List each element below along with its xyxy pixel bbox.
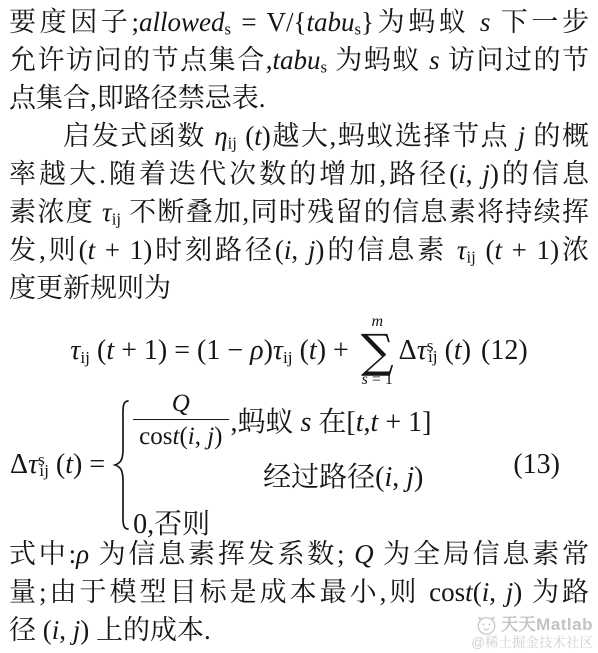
text-line: 启发式函数 ηij (t)越大,蚂蚁选择节点 j 的概: [9, 117, 589, 155]
eq13-case-1: Q cost(i, j) ,蚂蚁 s 在[t,t + 1]: [133, 389, 431, 452]
fraction-q-over-cost: Q cost(i, j): [133, 389, 228, 452]
watermark-subtitle: @稀土掘金技术社区: [471, 636, 593, 651]
equation-12: τij (t + 1) = (1 − ρ)τij (t) + m ∑ s = 1…: [0, 307, 598, 395]
text-line: 允许访问的节点集合,tabus 为蚂蚁 s 访问过的节: [9, 41, 589, 79]
fraction-denominator: cost(i, j): [133, 419, 228, 452]
eq12-left-side: τij (t + 1) = (1 − ρ)τij (t) +: [70, 335, 356, 368]
equation-number-12: (12): [481, 335, 528, 367]
left-brace-icon: [111, 399, 131, 531]
eq13-left-side: Δτsij (t) =: [10, 449, 105, 482]
text-line: 率越大.随着迭代次数的增加,路径(i, j)的信息: [9, 155, 589, 193]
text-line: 素浓度 τij 不断叠加,同时残留的信息素将持续挥: [9, 193, 589, 231]
equation-13: Δτsij (t) = Q cost(i, j) ,蚂蚁 s 在[t,t + 1…: [0, 395, 598, 535]
sigma-icon: ∑: [361, 330, 394, 372]
document-page: 要度因子;alloweds = V/{tabus}为蚂蚁 s 下一步 允许访问的…: [0, 0, 598, 653]
text-line: 点集合,即路径禁忌表.: [9, 79, 589, 117]
sum-lower-limit: s = 1: [362, 372, 393, 388]
paragraph-pheromone-update: 启发式函数 ηij (t)越大,蚂蚁选择节点 j 的概 率越大.随着迭代次数的增…: [0, 117, 598, 307]
watermark-logo-icon: [476, 615, 497, 636]
fraction-numerator: Q: [172, 389, 190, 419]
eq13-case-1-condition-cont: 经过路径(i, j): [263, 455, 431, 495]
eq12-right-side: Δτsij (t): [399, 335, 471, 368]
eq13-case-1-condition: ,蚂蚁 s 在[t,t + 1]: [231, 400, 432, 440]
text-line: 发,则(t + 1)时刻路径(i, j)的信息素 τij (t + 1)浓: [9, 231, 589, 269]
watermark: 天天Matlab @稀土掘金技术社区: [471, 615, 593, 651]
text-line: 量;由于模型目标是成本最小,则 cost(i, j) 为路: [9, 573, 589, 611]
paragraph-tabu-definition: 要度因子;alloweds = V/{tabus}为蚂蚁 s 下一步 允许访问的…: [0, 0, 598, 117]
watermark-title: 天天Matlab: [501, 616, 593, 635]
eq13-case-2: 0,否则: [133, 502, 431, 542]
eq13-cases: Q cost(i, j) ,蚂蚁 s 在[t,t + 1] 经过路径(i, j)…: [133, 389, 431, 542]
summation-symbol: m ∑ s = 1: [361, 314, 394, 388]
text-line: 度更新规则为: [9, 269, 589, 307]
text-line: 要度因子;alloweds = V/{tabus}为蚂蚁 s 下一步: [9, 3, 589, 41]
equation-number-13: (13): [513, 449, 560, 481]
